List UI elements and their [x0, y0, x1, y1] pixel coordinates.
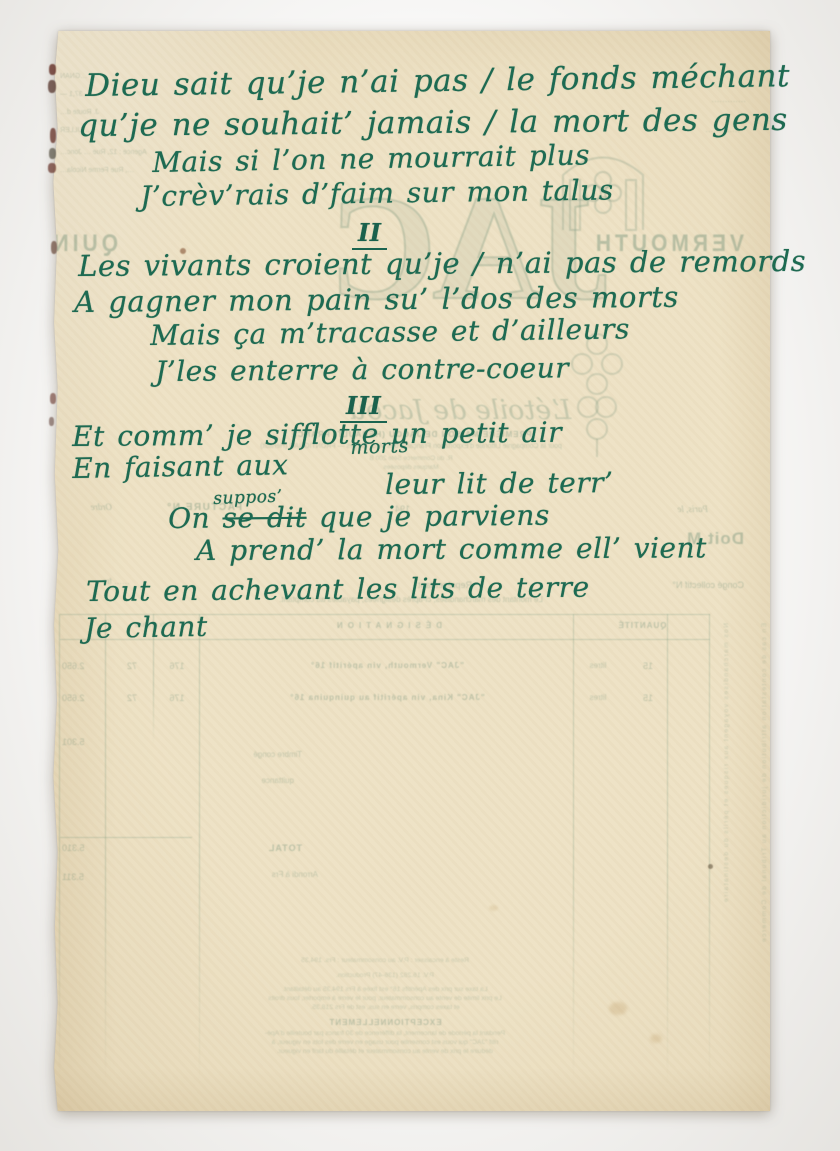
jac-monogram: JAC — [332, 173, 612, 323]
table-header-quantite: QUANTITÉ — [574, 621, 710, 630]
footnote-line: P.V. 16.282 (136-47) Production. — [60, 972, 710, 979]
footnote-line: La taxe sur prix des Apéritifs 16° est f… — [60, 986, 710, 993]
row-unit: litres — [574, 661, 622, 670]
invoice-year: 194 — [395, 504, 410, 514]
scanned-manuscript-page: VERMOUTH QUINQUINA JAC — [0, 0, 840, 1151]
table-rule-vertical — [667, 614, 668, 1104]
quinquina-wordmark: QUINQUINA — [52, 230, 118, 258]
table-header-prix: Prix unitaire — [106, 622, 200, 629]
table-rule-horizontal — [60, 639, 710, 640]
row-prix1: 176 — [156, 693, 198, 703]
verso-showthrough-print: VERMOUTH QUINQUINA JAC — [52, 31, 770, 1111]
crest-ornament-icon — [548, 135, 658, 235]
table-total-label: TOTAL — [268, 843, 302, 853]
row-prix2: 72 — [112, 661, 152, 671]
invoice-ordre-label: Ordre — [91, 502, 112, 512]
invoice-frs-label: …… frs — [103, 577, 130, 586]
footnote-line: ritif "JAC" qui vous est consentie pour … — [60, 1039, 710, 1046]
row-unit: litres — [574, 693, 622, 702]
row-qty: 15 — [626, 661, 670, 671]
table-rule-vertical — [59, 614, 60, 1104]
table-rule-horizontal — [60, 837, 192, 838]
invoice-conge-label: Congé collectif N° — [672, 580, 744, 590]
letterhead-line-premiere: PREMIÈRE MAISON DE JACOU (HÉRAULT) FRANC… — [52, 430, 770, 439]
table-arrondi-label: Arrondi à Frs — [272, 870, 318, 879]
footnote-line: EXCEPTIONNELLEMENT — [60, 1018, 710, 1027]
table-timbre-label: Timbre congé — [253, 750, 302, 759]
corner-print-fragment: J. Route d… — [60, 109, 230, 116]
corner-print-fragment: — 37,1 — — [60, 91, 230, 98]
table-quittance-label: quittance — [262, 776, 294, 785]
row-prix2: 72 — [112, 693, 152, 703]
script-print-fragment: ············· — [705, 127, 740, 136]
margin-smallprint-a: Nos marchandises voyagent aux risques et… — [723, 623, 730, 1083]
table-total-value: 5.310 — [62, 843, 106, 853]
footnote-line: Le prix limite de vente au consommateur,… — [60, 995, 710, 1002]
invoice-doit-label: Doit M — [686, 529, 744, 549]
letterhead-line-marques: Marques déposées — [52, 464, 770, 471]
table-header-designation: DÉSIGNATION — [200, 621, 574, 630]
script-title: L’étoile de Jacou — [320, 395, 600, 426]
row-designation: "JAC" Kina, vin apéritif au quinquina 16… — [200, 693, 574, 702]
invoice-paris-le: Paris, le — [678, 504, 709, 514]
table-rule-vertical — [709, 614, 710, 1104]
paper-sheet-shadow: VERMOUTH QUINQUINA JAC — [52, 31, 770, 1111]
table-rule-vertical — [105, 614, 106, 1104]
table-subtotal-value: 5.301 — [62, 737, 106, 747]
row-total: 2.650 — [62, 661, 106, 671]
table-rule-vertical — [573, 614, 574, 1104]
corner-print-fragment: …ULLER — [60, 127, 230, 134]
corner-print-fragment: …GNAN — [60, 73, 230, 80]
paper-sheet: VERMOUTH QUINQUINA JAC — [52, 31, 770, 1111]
table-rule-vertical — [153, 614, 154, 749]
invoice-representant-label: Représentant — [418, 580, 472, 590]
row-total: 2.650 — [62, 693, 106, 703]
margin-smallprint-b: En cas de contestation attribution de ju… — [761, 623, 768, 1053]
grape-ornament-icon — [562, 329, 632, 459]
invoice-payable-line: Le montant des marchandises, ci-après dé… — [52, 595, 770, 604]
letterhead-line-compagnie: pour la Compagnie Littorale d’Exportatio… — [52, 443, 770, 450]
row-prix1: 176 — [156, 661, 198, 671]
table-rule-horizontal — [60, 614, 710, 615]
footnote-line: déduire le prix de vente au consommateur… — [60, 1048, 710, 1055]
table-arrondi-value: 5.311 — [62, 872, 106, 882]
script-print-fragment: ············· — [711, 97, 746, 106]
footnote-line: et taxes compris, verre en sus, est de F… — [60, 1004, 710, 1011]
invoice-facture-label: FACTURE N° — [166, 502, 242, 513]
row-designation: "JAC" Vermouth, vin apéritif 16° — [200, 661, 574, 670]
footnote-line: Reste à encaisser : P.V. au consommateur… — [60, 957, 710, 964]
letterhead-line-rc: R. du Commerce Sète 200 B — [52, 455, 770, 462]
vermouth-wordmark: VERMOUTH — [592, 230, 744, 258]
row-qty: 15 — [626, 693, 670, 703]
corner-print-fragment: Agence : 12, Rue … Jonc… — [60, 149, 230, 156]
table-rule-vertical — [199, 614, 200, 1104]
corner-print-fragment: …, Rue Ferme Nicola… — [60, 167, 230, 174]
footnote-line: Pendant la période de lancement, la diff… — [60, 1030, 710, 1037]
